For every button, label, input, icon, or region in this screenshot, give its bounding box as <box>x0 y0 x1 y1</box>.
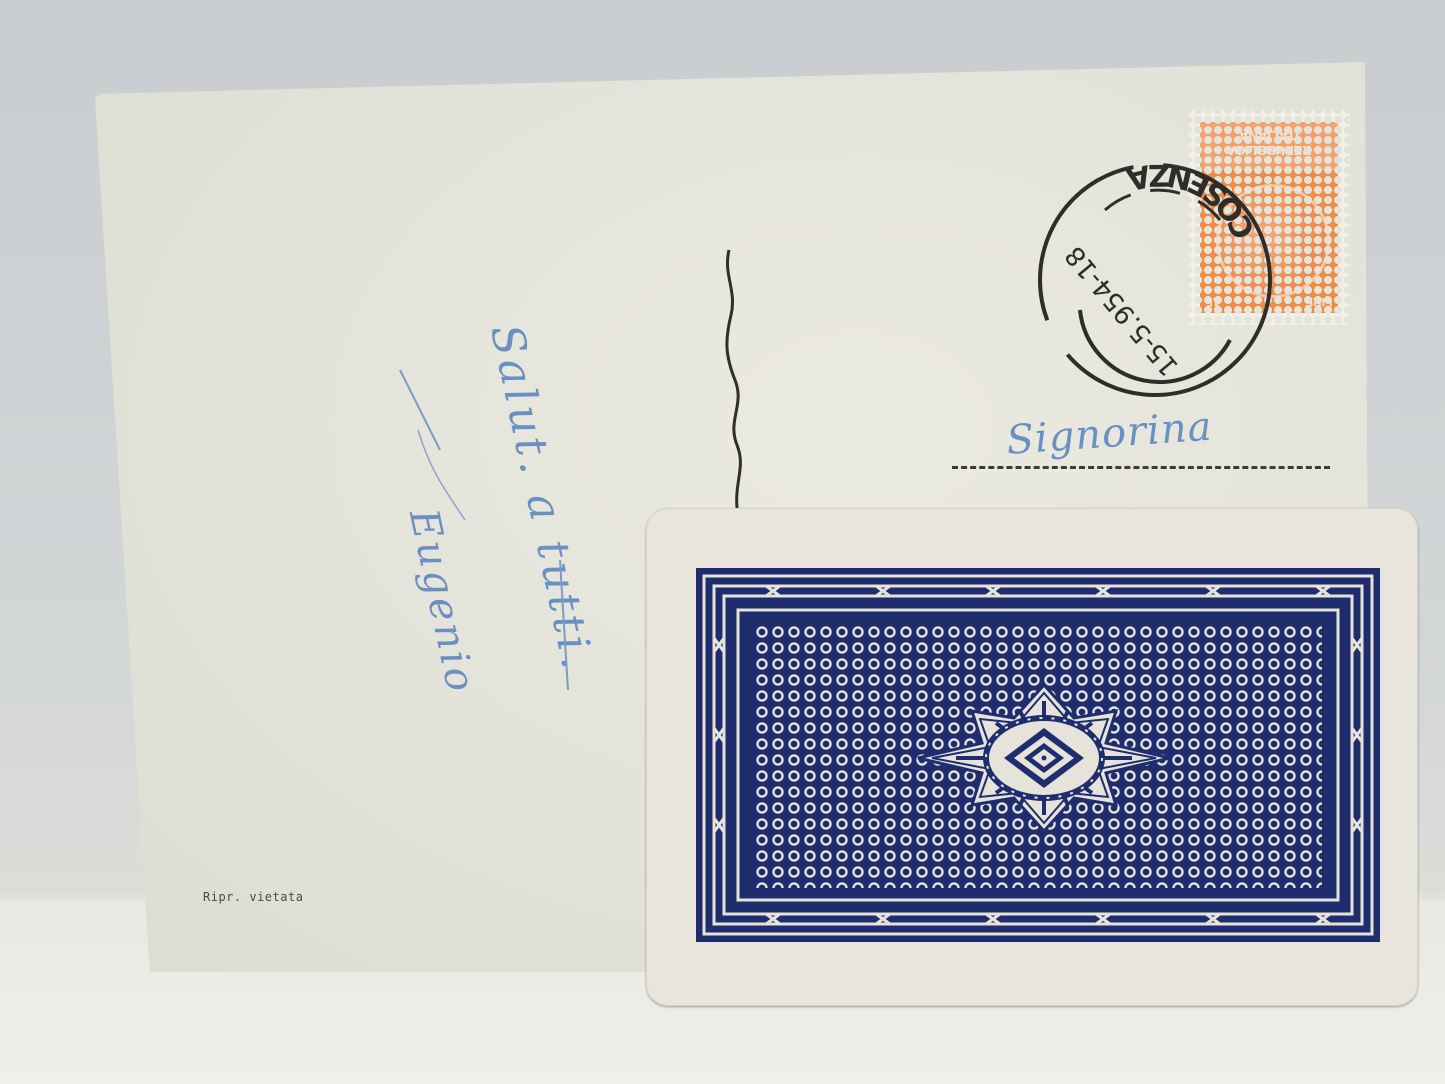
stamp-currency: LIRE <box>1305 295 1332 309</box>
star-medallion-icon <box>916 683 1172 833</box>
postmark-city: COSENZA <box>1123 157 1263 244</box>
svg-text:COSENZA: COSENZA <box>1123 157 1263 244</box>
playing-card <box>646 508 1418 1006</box>
reproduction-notice: Ripr. vietata <box>203 890 303 904</box>
address-line <box>952 466 1330 469</box>
handwritten-underline-strokes <box>390 300 590 720</box>
postcard-divider-line <box>715 245 755 525</box>
postmark: COSENZA 15-5.954-18 <box>1010 150 1280 420</box>
